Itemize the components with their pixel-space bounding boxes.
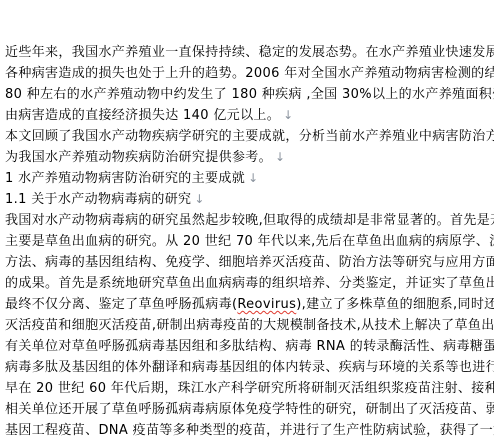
- line-break-mark-icon: ↓: [275, 150, 285, 164]
- line-text: 基因工程疫苗、DNA 疫苗等多种类型的疫苗，并进行了生产性防病试验，获得了一定的…: [5, 423, 494, 438]
- line-text: 早在 20 世纪 60 年代后期，珠江水产科学研究所将研制灭活组织浆疫苗注射、接…: [5, 381, 494, 396]
- line-break-mark-icon: ↓: [283, 108, 293, 122]
- line-break-mark-icon: ↓: [248, 171, 258, 185]
- text-line[interactable]: 为我国水产养殖动物疾病防治研究提供参考。↓: [5, 147, 494, 168]
- line-text: 我国对水产动物病毒病的研究虽然起步较晚,但取得的成绩却是非常显著的。首先是开展了…: [5, 213, 494, 228]
- line-text: 的成果。首先是系统地研究草鱼出血病病毒的组织培养、分类鉴定，并证实了草鱼出血病是…: [5, 276, 494, 291]
- line-text: 相关单位还开展了草鱼呼肠孤病毒病原体免疫学特性的研究，研制出了灭活疫苗、弱毒疫苗…: [5, 402, 494, 417]
- line-text: 为我国水产养殖动物疾病防治研究提供参考。: [5, 150, 272, 165]
- section-heading-line[interactable]: 1.1 关于水产动物病毒病的研究↓: [5, 189, 494, 210]
- text-line[interactable]: 早在 20 世纪 60 年代后期，珠江水产科学研究所将研制灭活组织浆疫苗注射、接…: [5, 378, 494, 399]
- body-lines: 近些年来，我国水产养殖业一直保持持续、稳定的发展态势。在水产养殖业快速发展的同时…: [5, 42, 494, 440]
- text-line[interactable]: 本文回顾了我国水产动物疾病学研究的主要成就，分析当前水产养殖业中病害防治方面存在…: [5, 126, 494, 147]
- line-text: 主要是草鱼出血病的研究。从 20 世纪 70 年代以来,先后在草鱼出血病的病原学…: [5, 234, 494, 249]
- line-text: 由病害造成的直接经济损失达 140 亿元以上。: [5, 108, 280, 123]
- document-page[interactable]: 我国水产养殖动物病害防治研究的主要成就与当前存在的问题↵ 陈昌福↓ 近些年来，我…: [0, 0, 494, 440]
- line-text: 灭活疫苗和细胞灭活疫苗,研制出病毒疫苗的大规模制备技术,从技术上解决了草鱼出血病…: [5, 318, 494, 333]
- section-heading-line[interactable]: 1 水产养殖动物病害防治研究的主要成就↓: [5, 168, 494, 189]
- line-text: 各种病害造成的损失也处于上升的趋势。2006 年对全国水产养殖动物病害检测的结果…: [5, 66, 494, 81]
- text-line[interactable]: 的成果。首先是系统地研究草鱼出血病病毒的组织培养、分类鉴定，并证实了草鱼出血病是…: [5, 273, 494, 294]
- misspelled-word: Reovirus: [237, 297, 296, 312]
- text-line[interactable]: 由病害造成的直接经济损失达 140 亿元以上。↓: [5, 105, 494, 126]
- text-line[interactable]: 病毒多肽及基因组的体外翻译和病毒基因组的体内转录、疾病与环境的关系等也进行了研究…: [5, 357, 494, 378]
- text-line[interactable]: 80 种左右的水产养殖动物中约发生了 180 种疾病 ,全国 30%以上的水产养…: [5, 84, 494, 105]
- text-line[interactable]: 最终不仅分离、鉴定了草鱼呼肠孤病毒(Reovirus),建立了多株草鱼的细胞系,…: [5, 294, 494, 315]
- text-line[interactable]: 近些年来，我国水产养殖业一直保持持续、稳定的发展态势。在水产养殖业快速发展的同时…: [5, 42, 494, 63]
- line-text: ),建立了多株草鱼的细胞系,同时还成功地研制: [296, 297, 494, 312]
- document-title-line[interactable]: 我国水产养殖动物病害防治研究的主要成就与当前存在的问题↵: [5, 2, 494, 21]
- text-line[interactable]: 灭活疫苗和细胞灭活疫苗,研制出病毒疫苗的大规模制备技术,从技术上解决了草鱼出血病…: [5, 315, 494, 336]
- text-line[interactable]: 有关单位对草鱼呼肠孤病毒基因组和多肽结构、病毒 RNA 的转录酶活性、病毒糖蛋白…: [5, 336, 494, 357]
- text-line[interactable]: 主要是草鱼出血病的研究。从 20 世纪 70 年代以来,先后在草鱼出血病的病原学…: [5, 231, 494, 252]
- text-line[interactable]: 基因工程疫苗、DNA 疫苗等多种类型的疫苗，并进行了生产性防病试验，获得了一定的…: [5, 420, 494, 440]
- line-text: 最终不仅分离、鉴定了草鱼呼肠孤病毒(: [5, 297, 237, 312]
- line-text: 近些年来，我国水产养殖业一直保持持续、稳定的发展态势。在水产养殖业快速发展的同时…: [5, 45, 494, 60]
- line-break-mark-icon: ↓: [194, 192, 204, 206]
- line-text: 方法、病毒的基因组结构、免疫学、细胞培养灭活疫苗、防治方法等研究与应用方面取得了…: [5, 255, 494, 270]
- text-line[interactable]: 各种病害造成的损失也处于上升的趋势。2006 年对全国水产养殖动物病害检测的结果…: [5, 63, 494, 84]
- line-text: 本文回顾了我国水产动物疾病学研究的主要成就，分析当前水产养殖业中病害防治方面存在…: [5, 129, 494, 144]
- line-text: 1 水产养殖动物病害防治研究的主要成就: [5, 171, 245, 186]
- text-line[interactable]: 相关单位还开展了草鱼呼肠孤病毒病原体免疫学特性的研究，研制出了灭活疫苗、弱毒疫苗…: [5, 399, 494, 420]
- line-text: 有关单位对草鱼呼肠孤病毒基因组和多肽结构、病毒 RNA 的转录酶活性、病毒糖蛋白…: [5, 339, 494, 354]
- line-text: 病毒多肽及基因组的体外翻译和病毒基因组的体内转录、疾病与环境的关系等也进行了研究…: [5, 360, 494, 375]
- line-text: 80 种左右的水产养殖动物中约发生了 180 种疾病 ,全国 30%以上的水产养…: [5, 87, 494, 102]
- text-line[interactable]: 方法、病毒的基因组结构、免疫学、细胞培养灭活疫苗、防治方法等研究与应用方面取得了…: [5, 252, 494, 273]
- text-line[interactable]: 我国对水产动物病毒病的研究虽然起步较晚,但取得的成绩却是非常显著的。首先是开展了…: [5, 210, 494, 231]
- line-text: 1.1 关于水产动物病毒病的研究: [5, 192, 191, 207]
- author-line[interactable]: 陈昌福↓: [5, 21, 494, 42]
